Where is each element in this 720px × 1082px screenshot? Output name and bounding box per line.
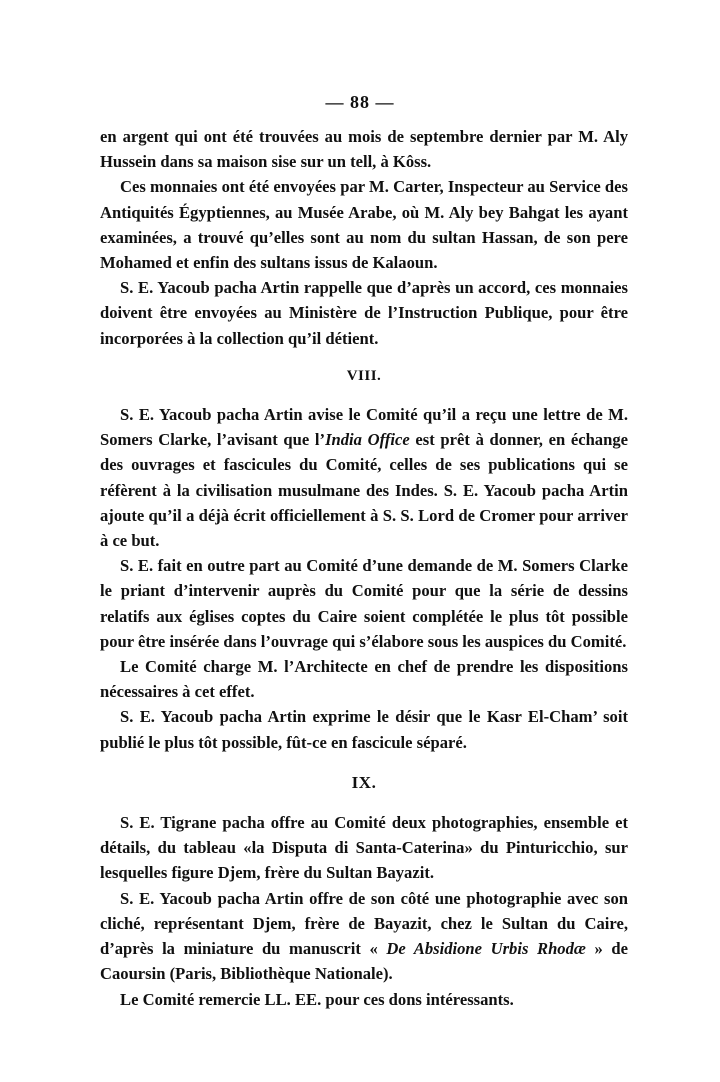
page-number: — 88 — [0,92,720,113]
paragraph-thanks: Le Comité remercie LL. EE. pour ces dons… [100,987,628,1012]
paragraph-ministry-agreement: S. E. Yacoub pacha Artin rappelle que d’… [100,275,628,351]
paragraph-kasr-el-cham: S. E. Yacoub pacha Artin exprime le dési… [100,704,628,754]
paragraph-coptic-drawings: S. E. fait en outre part au Comité d’une… [100,553,628,654]
paragraph-artin-photo: S. E. Yacoub pacha Artin offre de son cô… [100,886,628,987]
paragraph-tigrane-photos: S. E. Tigrane pacha offre au Comité deux… [100,810,628,886]
paragraph-architect: Le Comité charge M. l’Architecte en chef… [100,654,628,704]
paragraph-coins-sent: Ces monnaies ont été envoyées par M. Car… [100,174,628,275]
paragraph-continuation: en argent qui ont été trouvées au mois d… [100,124,628,174]
page-body: en argent qui ont été trouvées au mois d… [100,124,628,1012]
italic-india-office: India Office [325,430,410,449]
document-page: — 88 — en argent qui ont été trouvées au… [0,0,720,1082]
italic-manuscript-title: De Absidione Urbis Rhodæ [386,939,585,958]
section-heading-ix: IX. [100,770,628,795]
paragraph-india-office: S. E. Yacoub pacha Artin avise le Comité… [100,402,628,553]
section-heading-viii: VIII. [100,364,628,389]
